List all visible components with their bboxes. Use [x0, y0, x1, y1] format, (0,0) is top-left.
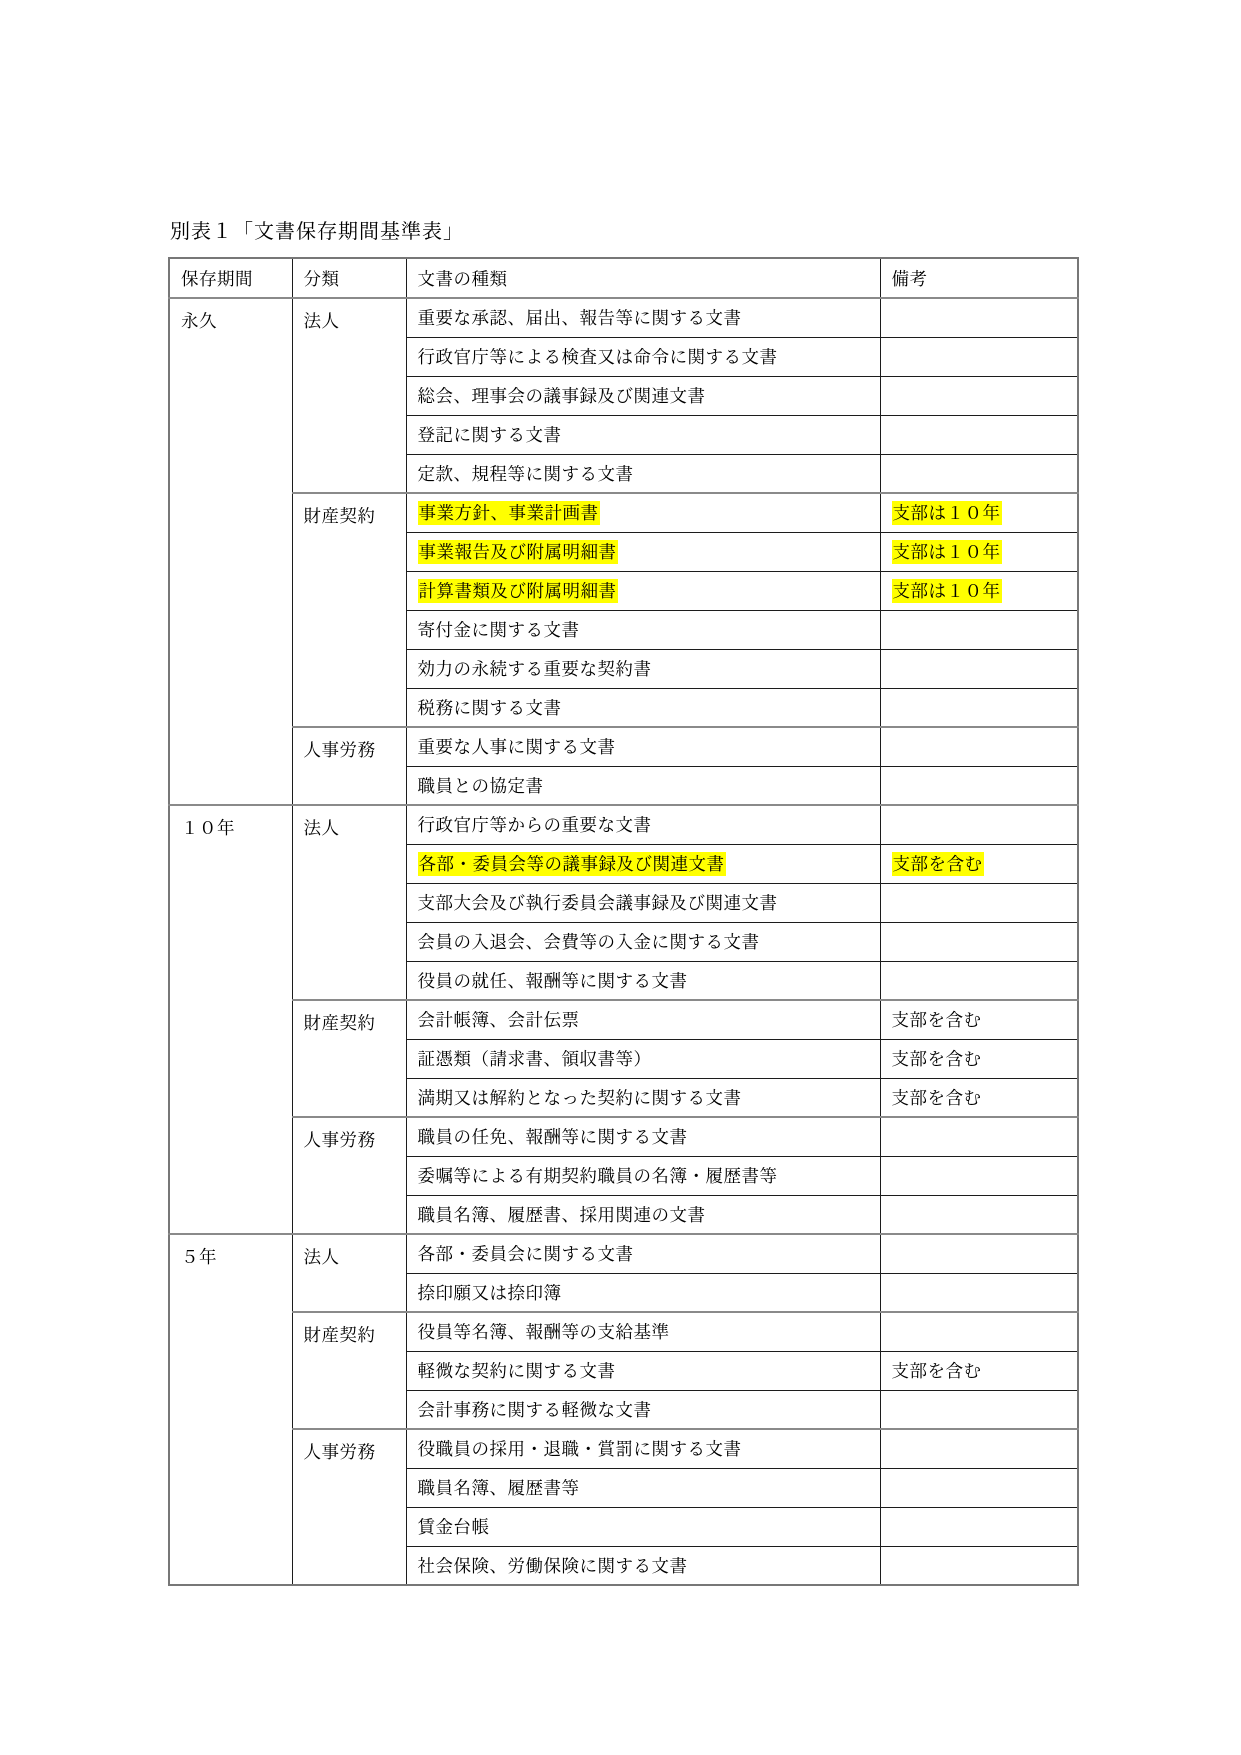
note-cell: 支部を含む	[880, 1351, 1078, 1390]
table-row: １０年法人行政官庁等からの重要な文書	[169, 805, 1078, 844]
doc-type-cell: 役職員の採用・退職・賞罰に関する文書	[406, 1429, 880, 1468]
header-cell-period: 保存期間	[169, 258, 292, 298]
doc-type-cell: 職員名簿、履歴書等	[406, 1468, 880, 1507]
document-page: 別表１「文書保存期間基準表」 保存期間 分類 文書の種類 備考 永久法人重要な承…	[0, 0, 1241, 1755]
note-cell	[880, 337, 1078, 376]
period-cell: 永久	[169, 298, 292, 805]
retention-table-body: 永久法人重要な承認、届出、報告等に関する文書行政官庁等による検査又は命令に関する…	[169, 298, 1078, 1585]
retention-table-header: 保存期間 分類 文書の種類 備考	[169, 258, 1078, 298]
note-cell	[880, 727, 1078, 766]
note-cell	[880, 1195, 1078, 1234]
note-cell	[880, 1507, 1078, 1546]
highlighted-text: 支部を含む	[892, 852, 984, 876]
doc-type-cell: 重要な承認、届出、報告等に関する文書	[406, 298, 880, 337]
doc-type-cell: 満期又は解約となった契約に関する文書	[406, 1078, 880, 1117]
doc-type-cell: 証憑類（請求書、領収書等）	[406, 1039, 880, 1078]
header-cell-doc-type: 文書の種類	[406, 258, 880, 298]
note-cell	[880, 1468, 1078, 1507]
table-row: 財産契約役員等名簿、報酬等の支給基準	[169, 1312, 1078, 1351]
note-cell	[880, 883, 1078, 922]
note-cell	[880, 610, 1078, 649]
note-cell	[880, 1273, 1078, 1312]
note-cell	[880, 649, 1078, 688]
category-cell: 財産契約	[292, 1312, 406, 1429]
period-cell: ５年	[169, 1234, 292, 1585]
doc-type-cell: 行政官庁等による検査又は命令に関する文書	[406, 337, 880, 376]
table-row: 人事労務重要な人事に関する文書	[169, 727, 1078, 766]
note-cell	[880, 1546, 1078, 1585]
table-row: 財産契約事業方針、事業計画書支部は１０年	[169, 493, 1078, 532]
category-cell: 法人	[292, 805, 406, 1000]
note-cell: 支部を含む	[880, 1000, 1078, 1039]
doc-type-cell: 総会、理事会の議事録及び関連文書	[406, 376, 880, 415]
category-cell: 法人	[292, 298, 406, 493]
note-cell	[880, 376, 1078, 415]
note-cell: 支部を含む	[880, 1078, 1078, 1117]
note-cell	[880, 1156, 1078, 1195]
doc-type-cell: 捺印願又は捺印簿	[406, 1273, 880, 1312]
header-cell-note: 備考	[880, 258, 1078, 298]
note-cell	[880, 1117, 1078, 1156]
note-cell	[880, 1312, 1078, 1351]
page-title: 別表１「文書保存期間基準表」	[170, 218, 464, 246]
table-row: 人事労務職員の任免、報酬等に関する文書	[169, 1117, 1078, 1156]
doc-type-cell: 登記に関する文書	[406, 415, 880, 454]
doc-type-cell: 寄付金に関する文書	[406, 610, 880, 649]
note-cell: 支部は１０年	[880, 571, 1078, 610]
table-row: ５年法人各部・委員会に関する文書	[169, 1234, 1078, 1273]
doc-type-cell: 役員等名簿、報酬等の支給基準	[406, 1312, 880, 1351]
retention-table: 保存期間 分類 文書の種類 備考 永久法人重要な承認、届出、報告等に関する文書行…	[168, 257, 1079, 1586]
note-cell	[880, 298, 1078, 337]
note-cell	[880, 961, 1078, 1000]
category-cell: 人事労務	[292, 727, 406, 805]
doc-type-cell: 計算書類及び附属明細書	[406, 571, 880, 610]
note-cell: 支部を含む	[880, 844, 1078, 883]
doc-type-cell: 各部・委員会等の議事録及び関連文書	[406, 844, 880, 883]
highlighted-text: 支部は１０年	[892, 579, 1002, 603]
doc-type-cell: 税務に関する文書	[406, 688, 880, 727]
doc-type-cell: 会計帳簿、会計伝票	[406, 1000, 880, 1039]
table-row: 永久法人重要な承認、届出、報告等に関する文書	[169, 298, 1078, 337]
doc-type-cell: 委嘱等による有期契約職員の名簿・履歴書等	[406, 1156, 880, 1195]
doc-type-cell: 事業報告及び附属明細書	[406, 532, 880, 571]
header-cell-category: 分類	[292, 258, 406, 298]
note-cell	[880, 415, 1078, 454]
doc-type-cell: 職員名簿、履歴書、採用関連の文書	[406, 1195, 880, 1234]
doc-type-cell: 賃金台帳	[406, 1507, 880, 1546]
doc-type-cell: 重要な人事に関する文書	[406, 727, 880, 766]
highlighted-text: 支部は１０年	[892, 540, 1002, 564]
category-cell: 法人	[292, 1234, 406, 1312]
highlighted-text: 事業報告及び附属明細書	[418, 540, 618, 564]
note-cell: 支部を含む	[880, 1039, 1078, 1078]
doc-type-cell: 役員の就任、報酬等に関する文書	[406, 961, 880, 1000]
period-cell: １０年	[169, 805, 292, 1234]
category-cell: 財産契約	[292, 493, 406, 727]
category-cell: 人事労務	[292, 1117, 406, 1234]
doc-type-cell: 各部・委員会に関する文書	[406, 1234, 880, 1273]
doc-type-cell: 事業方針、事業計画書	[406, 493, 880, 532]
note-cell	[880, 922, 1078, 961]
category-cell: 人事労務	[292, 1429, 406, 1585]
highlighted-text: 事業方針、事業計画書	[418, 501, 600, 525]
doc-type-cell: 職員の任免、報酬等に関する文書	[406, 1117, 880, 1156]
doc-type-cell: 社会保険、労働保険に関する文書	[406, 1546, 880, 1585]
doc-type-cell: 支部大会及び執行委員会議事録及び関連文書	[406, 883, 880, 922]
note-cell	[880, 454, 1078, 493]
highlighted-text: 計算書類及び附属明細書	[418, 579, 618, 603]
doc-type-cell: 会計事務に関する軽微な文書	[406, 1390, 880, 1429]
note-cell: 支部は１０年	[880, 493, 1078, 532]
doc-type-cell: 効力の永続する重要な契約書	[406, 649, 880, 688]
doc-type-cell: 行政官庁等からの重要な文書	[406, 805, 880, 844]
header-row: 保存期間 分類 文書の種類 備考	[169, 258, 1078, 298]
doc-type-cell: 職員との協定書	[406, 766, 880, 805]
note-cell	[880, 1429, 1078, 1468]
note-cell	[880, 766, 1078, 805]
highlighted-text: 支部は１０年	[892, 501, 1002, 525]
doc-type-cell: 会員の入退会、会費等の入金に関する文書	[406, 922, 880, 961]
note-cell	[880, 1234, 1078, 1273]
highlighted-text: 各部・委員会等の議事録及び関連文書	[418, 852, 726, 876]
table-row: 財産契約会計帳簿、会計伝票支部を含む	[169, 1000, 1078, 1039]
note-cell	[880, 1390, 1078, 1429]
doc-type-cell: 軽微な契約に関する文書	[406, 1351, 880, 1390]
note-cell	[880, 805, 1078, 844]
note-cell: 支部は１０年	[880, 532, 1078, 571]
table-row: 人事労務役職員の採用・退職・賞罰に関する文書	[169, 1429, 1078, 1468]
category-cell: 財産契約	[292, 1000, 406, 1117]
note-cell	[880, 688, 1078, 727]
doc-type-cell: 定款、規程等に関する文書	[406, 454, 880, 493]
